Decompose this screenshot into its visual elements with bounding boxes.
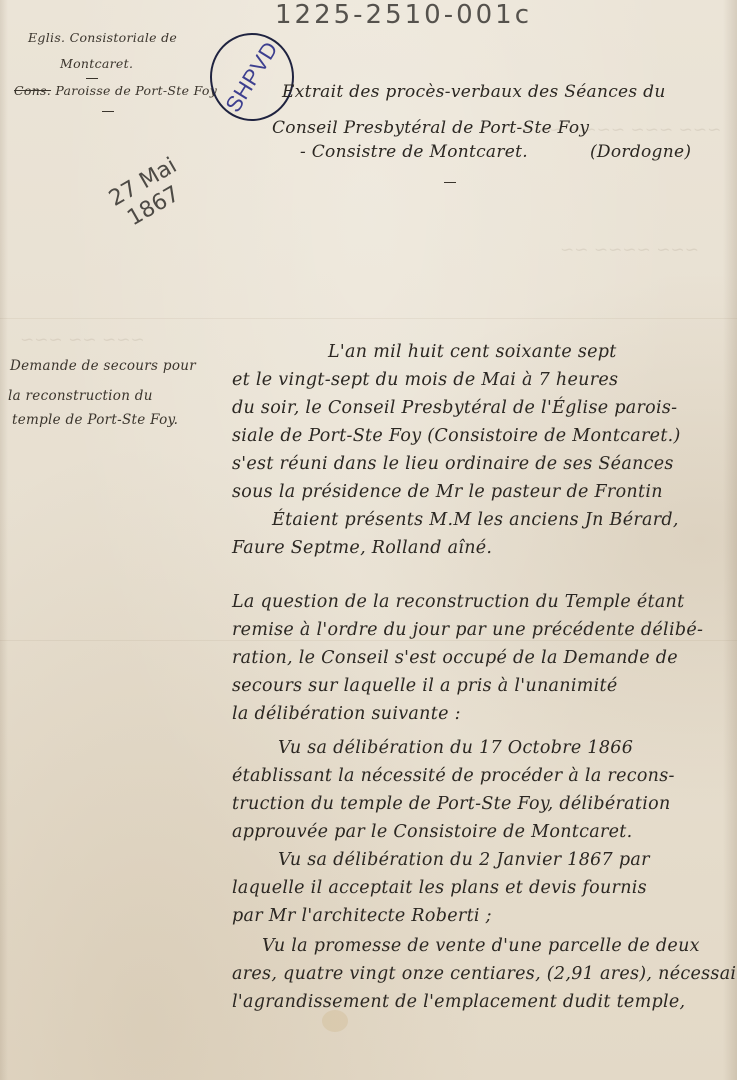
archive-stamp: SHPVD <box>210 33 294 121</box>
body-line: siale de Port-Ste Foy (Consistoire de Mo… <box>232 426 681 446</box>
body-line: sous la présidence de Mr le pasteur de F… <box>232 482 663 502</box>
paper-fold <box>0 640 737 641</box>
body-line: du soir, le Conseil Presbytéral de l'Égl… <box>232 398 677 418</box>
body-line: Étaient présents M.M les anciens Jn Béra… <box>272 510 679 530</box>
body-line: s'est réuni dans le lieu ordinaire de se… <box>232 454 674 474</box>
body-line: et le vingt-sept du mois de Mai à 7 heur… <box>232 370 618 390</box>
margin-header-line3: Cons. Paroisse de Port-Ste Foy <box>14 83 217 98</box>
title-line3-suffix: (Dordogne) <box>590 142 691 162</box>
body-line: laquelle il acceptait les plans et devis… <box>232 878 647 898</box>
manuscript-page: ~~~ ~~~ ~~~~ ~~~ ~~~ ~~~~ ~~ ~~~ ~~ ~~~ … <box>0 0 737 1080</box>
title-line3-prefix: - Consistre de Montcaret. <box>300 142 528 162</box>
body-line: secours sur laquelle il a pris à l'unani… <box>232 676 618 696</box>
margin-header-line1: Eglis. Consistoriale de <box>28 30 177 45</box>
margin-header-line2: Montcaret. <box>60 56 133 71</box>
separator-dash <box>86 78 98 79</box>
paper-fold <box>0 318 737 319</box>
margin-subject-line1: Demande de secours pour <box>10 358 196 374</box>
parish-name: Paroisse de Port-Ste Foy <box>55 83 217 98</box>
body-line: l'agrandissement de l'emplacement dudit … <box>232 992 685 1012</box>
margin-subject-line2: la reconstruction du <box>8 388 153 404</box>
title-line2: Conseil Presbytéral de Port-Ste Foy <box>272 118 589 138</box>
body-line: par Mr l'architecte Roberti ; <box>232 906 492 926</box>
body-line: la délibération suivante : <box>232 704 461 724</box>
bleed-through-text: ~~~ ~~ ~~~ <box>20 330 145 350</box>
stamp-label: SHPVD <box>220 37 284 117</box>
body-line: La question de la reconstruction du Temp… <box>232 592 684 612</box>
bleed-through-text: ~~~ ~~~~ ~~ <box>560 240 699 260</box>
body-line: remise à l'ordre du jour par une précéde… <box>232 620 703 640</box>
body-line: Vu la promesse de vente d'une parcelle d… <box>262 936 700 956</box>
body-line: L'an mil huit cent soixante sept <box>328 342 617 362</box>
separator-dash <box>102 111 114 112</box>
body-line: Vu sa délibération du 17 Octobre 1866 <box>278 738 633 758</box>
margin-subject-line3: temple de Port-Ste Foy. <box>12 412 178 428</box>
pencil-date-annotation: 27 Mai 1867 <box>105 153 195 235</box>
paper-stain <box>322 1010 348 1032</box>
archive-reference: 1225-2510-001c <box>275 0 532 30</box>
title-line1: Extrait des procès-verbaux des Séances d… <box>282 82 666 102</box>
page-right-edge-shadow <box>723 0 737 1080</box>
body-line: ares, quatre vingt onze centiares, (2,91… <box>232 964 737 984</box>
body-line: Vu sa délibération du 2 Janvier 1867 par <box>278 850 650 870</box>
body-line: établissant la nécessité de procéder à l… <box>232 766 675 786</box>
body-line: ration, le Conseil s'est occupé de la De… <box>232 648 678 668</box>
struck-word: Cons. <box>14 83 51 98</box>
page-left-edge-shadow <box>0 0 8 1080</box>
body-line: Faure Septme, Rolland aîné. <box>232 538 492 558</box>
separator-dash <box>444 182 456 183</box>
body-line: approuvée par le Consistoire de Montcare… <box>232 822 633 842</box>
body-line: truction du temple de Port-Ste Foy, déli… <box>232 794 671 814</box>
